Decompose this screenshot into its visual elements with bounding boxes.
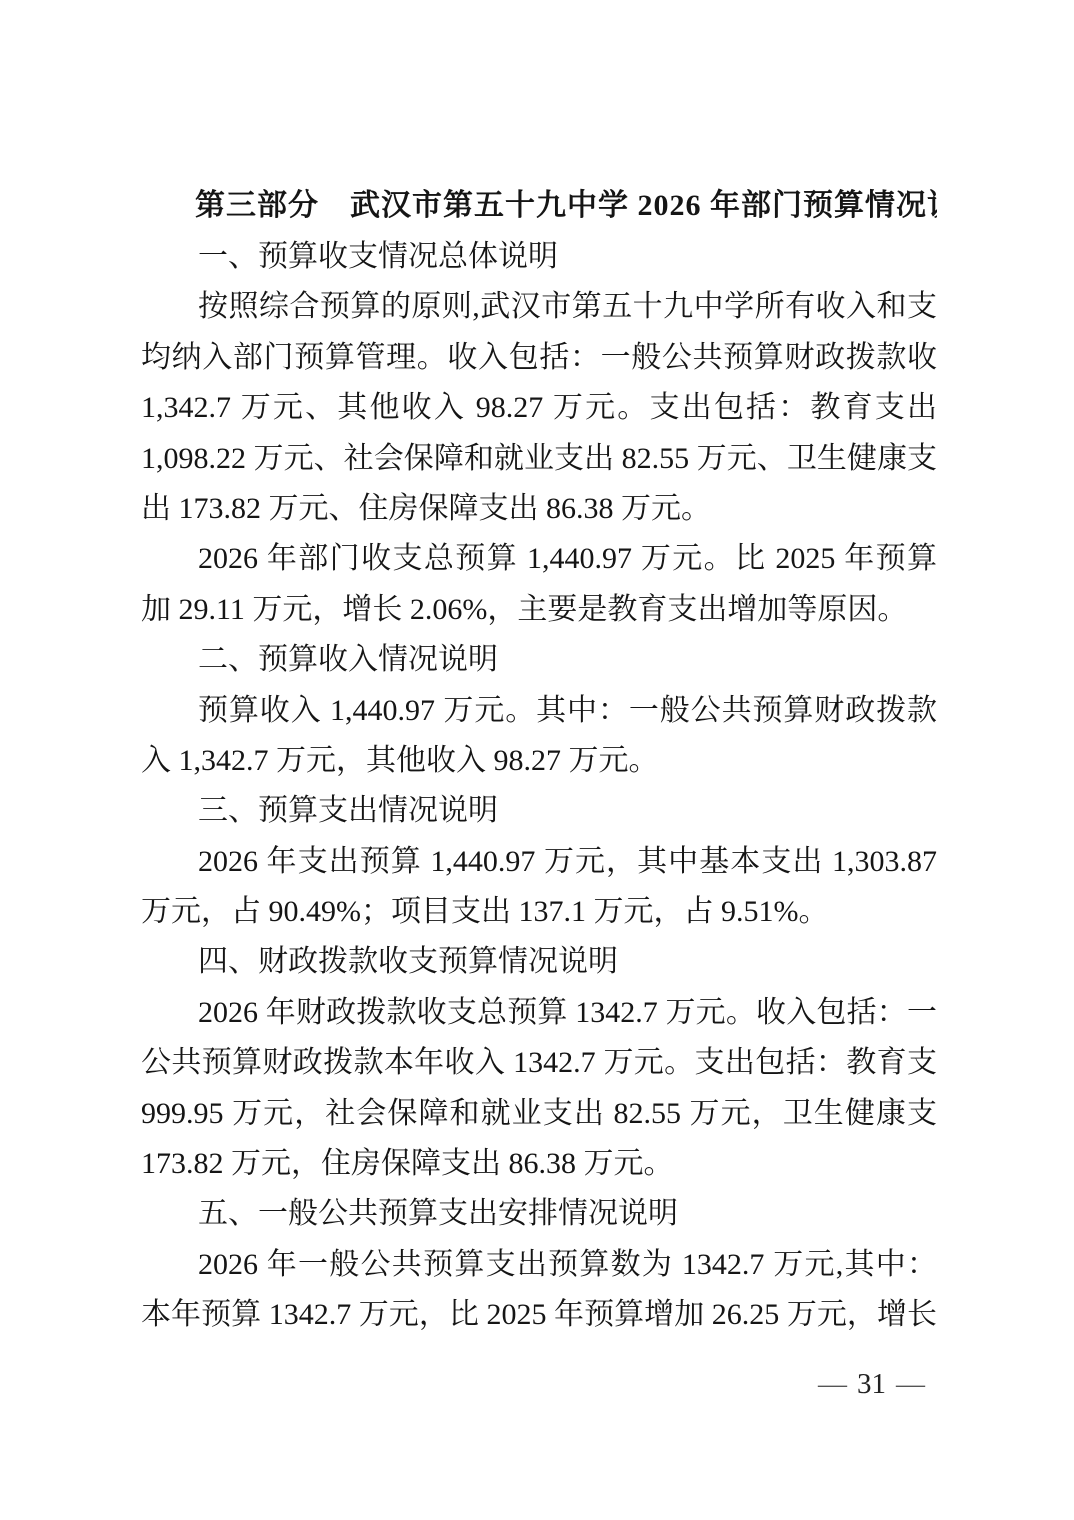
- text-line: 万元，占 90.49%；项目支出 137.1 万元，占 9.51%。: [141, 887, 937, 937]
- text-line: 加 29.11 万元，增长 2.06%，主要是教育支出增加等原因。: [141, 585, 937, 635]
- text-line: 999.95 万元，社会保障和就业支出 82.55 万元，卫生健康支出: [141, 1089, 937, 1139]
- document-page: 第三部分 武汉市第五十九中学 2026 年部门预算情况说明一、预算收支情况总体说…: [0, 0, 1074, 1520]
- section-heading: 五、一般公共预算支出安排情况说明: [141, 1189, 937, 1239]
- text-line: 预算收入 1,440.97 万元。其中：一般公共预算财政拨款收: [141, 686, 937, 736]
- section-heading: 二、预算收入情况说明: [141, 635, 937, 685]
- text-line: 入 1,342.7 万元，其他收入 98.27 万元。: [141, 736, 937, 786]
- text-line: 本年预算 1342.7 万元，比 2025 年预算增加 26.25 万元，增长: [141, 1290, 937, 1340]
- text-line: 2026 年部门收支总预算 1,440.97 万元。比 2025 年预算增: [141, 534, 937, 584]
- text-line: 2026 年一般公共预算支出预算数为 1342.7 万元,其中：(1): [141, 1240, 937, 1290]
- page-footer: —31—: [808, 1368, 935, 1400]
- section-heading: 三、预算支出情况说明: [141, 786, 937, 836]
- section-heading: 四、财政拨款收支预算情况说明: [141, 937, 937, 987]
- document-body: 第三部分 武汉市第五十九中学 2026 年部门预算情况说明一、预算收支情况总体说…: [141, 180, 937, 1341]
- footer-dash-right: —: [886, 1368, 935, 1400]
- text-line: 1,098.22 万元、社会保障和就业支出 82.55 万元、卫生健康支: [141, 434, 937, 484]
- text-line: 出 173.82 万元、住房保障支出 86.38 万元。: [141, 484, 937, 534]
- footer-dash-left: —: [808, 1368, 857, 1400]
- text-line: 173.82 万元，住房保障支出 86.38 万元。: [141, 1139, 937, 1189]
- document-title: 第三部分 武汉市第五十九中学 2026 年部门预算情况说明: [141, 180, 937, 232]
- text-line: 2026 年支出预算 1,440.97 万元，其中基本支出 1,303.87: [141, 837, 937, 887]
- page-number: 31: [857, 1368, 886, 1400]
- text-line: 按照综合预算的原则,武汉市第五十九中学所有收入和支出: [141, 282, 937, 332]
- section-heading: 一、预算收支情况总体说明: [141, 232, 937, 282]
- text-line: 2026 年财政拨款收支总预算 1342.7 万元。收入包括：一般: [141, 988, 937, 1038]
- text-line: 均纳入部门预算管理。收入包括：一般公共预算财政拨款收入: [141, 333, 937, 383]
- text-line: 公共预算财政拨款本年收入 1342.7 万元。支出包括：教育支出: [141, 1038, 937, 1088]
- text-line: 1,342.7 万元、其他收入 98.27 万元。支出包括：教育支出: [141, 383, 937, 433]
